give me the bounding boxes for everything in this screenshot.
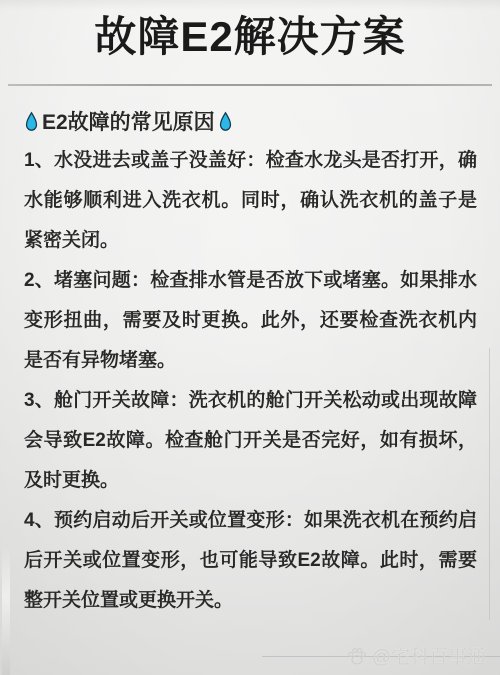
page-title: 故障E2解决方案: [0, 12, 500, 62]
text-line: 紧密关闭。: [24, 221, 477, 261]
text-line: 水能够顺利进入洗衣机。同时，确认洗衣机的盖子是否: [24, 181, 477, 221]
text-line: 是否有异物堵塞。: [24, 341, 477, 381]
watermark: @宅科百事通: [347, 642, 486, 669]
text-line: 4、预约启动后开关或位置变形：如果洗衣机在预约启动: [24, 501, 477, 541]
section-heading-text: E2故障的常见原因: [42, 106, 215, 136]
paw-icon: [347, 646, 367, 666]
text-line: 后开关或位置变形，也可能导致E2故障。此时，需要调: [24, 541, 477, 581]
paragraph-1: 1、水没进去或盖子没盖好：检查水龙头是否打开，确保 水能够顺利进入洗衣机。同时，…: [24, 141, 477, 261]
paper-crease: [2, 545, 10, 675]
text-line: 变形扭曲，需要及时更换。此外，还要检查洗衣机内部: [24, 301, 477, 341]
water-drop-icon: [218, 111, 233, 132]
text-line: 会导致E2故障。检查舱门开关是否完好，如有损坏，需: [24, 421, 477, 461]
water-drop-icon: [24, 111, 39, 132]
text-line: 3、舱门开关故障：洗衣机的舱门开关松动或出现故障也: [24, 381, 477, 421]
text-line: 2、堵塞问题：检查排水管是否放下或堵塞。如果排水管: [24, 261, 477, 301]
text-line: 1、水没进去或盖子没盖好：检查水龙头是否打开，确保: [24, 141, 477, 181]
paragraph-4: 4、预约启动后开关或位置变形：如果洗衣机在预约启动 后开关或位置变形，也可能导致…: [24, 501, 477, 621]
watermark-handle: @宅科百事通: [372, 642, 486, 669]
title-divider: [8, 84, 492, 86]
text-line: 及时更换。: [24, 461, 477, 501]
paragraph-3: 3、舱门开关故障：洗衣机的舱门开关松动或出现故障也 会导致E2故障。检查舱门开关…: [24, 381, 477, 501]
paragraph-2: 2、堵塞问题：检查排水管是否放下或堵塞。如果排水管 变形扭曲，需要及时更换。此外…: [24, 261, 477, 381]
text-line: 整开关位置或更换开关。: [24, 581, 477, 621]
photo-edge-line: [489, 348, 490, 620]
content-body: E2故障的常见原因 1、水没进去或盖子没盖好：检查水龙头是否打开，确保 水能够顺…: [24, 101, 477, 621]
poster: 故障E2解决方案 E2故障的常见原因 1、水没进去或盖子没盖好：检查水龙头是否打…: [0, 0, 500, 675]
section-heading: E2故障的常见原因: [24, 101, 477, 141]
